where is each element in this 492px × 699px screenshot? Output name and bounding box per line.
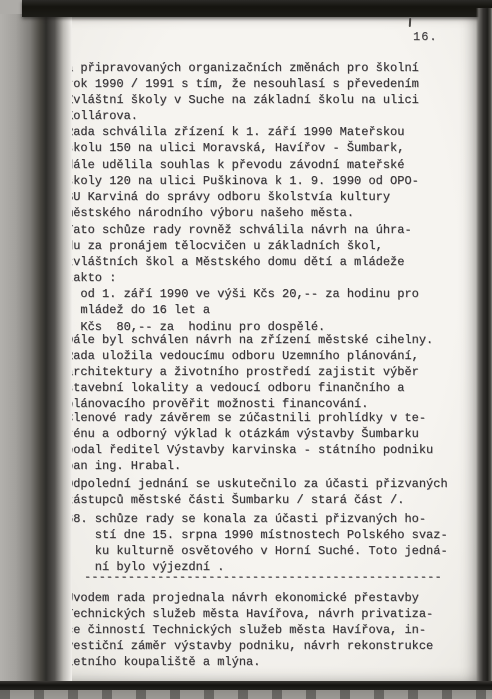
paragraph: Dále byl schválen návrh na zřízení městs… (66, 332, 468, 412)
paragraph: Členové rady závěrem se zúčastnili prohl… (66, 410, 468, 474)
text-line: ce činností Technických služeb města Hav… (66, 622, 468, 638)
text-line: Kollárova. (66, 108, 468, 124)
scanned-book-photo: 16. a připravovaných organizačních změná… (0, 0, 492, 699)
text-line: du za pronájem tělocvičen u základních š… (66, 238, 468, 254)
text-line: zástupců městské části Šumbarku / stará … (66, 492, 468, 508)
text-line: dále udělila souhlas k převodu závodní m… (66, 157, 468, 173)
book-cover-bottom-edge (0, 681, 492, 690)
document-page: 16. a připravovaných organizačních změná… (40, 14, 478, 683)
text-line: stavební lokality a vedoucí odboru finan… (66, 380, 468, 396)
text-line: stí dne 15. srpna 1990 místnostech Polsk… (66, 527, 468, 543)
text-line: pan ing. Hrabal. (66, 458, 468, 474)
text-line: Odpolední jednání se uskutečnilo za účas… (66, 476, 468, 492)
book-gutter-shadow (0, 14, 72, 683)
scanner-background-strip (0, 690, 492, 699)
stray-pen-mark (409, 18, 411, 27)
text-line: rok 1990 / 1991 s tím, že nesouhlasí s p… (66, 76, 468, 92)
text-line: zvláštních škol a Městského domu dětí a … (66, 254, 468, 270)
text-line: školu 150 na ulici Moravská, Havířov - Š… (66, 140, 468, 156)
text-line: Dále byl schválen návrh na zřízení městs… (66, 332, 468, 348)
text-line: ku kulturně osvětového v Horní Suché. To… (66, 543, 468, 559)
text-line: podal ředitel Výstavby karvinska - státn… (66, 442, 468, 458)
text-line: rénu a odborný výklad k otázkám výstavby… (66, 426, 468, 442)
book-cover-top-edge (22, 0, 492, 17)
page-stack-right-edge (476, 8, 492, 684)
text-line: - od 1. září 1990 ve výši Kčs 20,-- za h… (66, 286, 468, 302)
paragraph: Odpolední jednání se uskutečnilo za účas… (66, 476, 468, 508)
text-line: Uvodem rada projednala návrh ekonomické … (66, 590, 468, 606)
text-line: Zvláštní školy v Suche na základní školu… (66, 92, 468, 108)
text-line: městského národního výboru našeho města. (66, 205, 468, 221)
text-line: mládež do 16 let a (66, 302, 468, 318)
text-line: Členové rady závěrem se zúčastnili prohl… (66, 410, 468, 426)
text-line: 68. schůze rady se konala za účasti přiz… (66, 511, 468, 527)
text-line: Tato schůze rady rovněž schválila návrh … (66, 222, 468, 238)
separator-line: ----------------------------------------… (84, 570, 442, 584)
text-line: takto : (66, 270, 468, 286)
text-line: a připravovaných organizačních změnách p… (66, 60, 468, 76)
text-line: architektury a životního prostředí zajis… (66, 364, 468, 380)
text-line: SU Karviná do správy odboru školstvía ku… (66, 189, 468, 205)
text-line: školy 120 na ulici Puškinova k 1. 9. 199… (66, 173, 468, 189)
paragraph: 68. schůze rady se konala za účasti přiz… (66, 511, 468, 575)
text-line: Technických služeb města Havířova, návrh… (66, 606, 468, 622)
text-line: Rada schválila zřízení k 1. září 1990 Ma… (66, 124, 468, 140)
paragraph: Tato schůze rady rovněž schválila návrh … (66, 222, 468, 335)
text-line: Rada uložila vedoucímu odboru Uzemního p… (66, 348, 468, 364)
page-number: 16. (413, 30, 438, 44)
paragraph: a připravovaných organizačních změnách p… (66, 60, 468, 221)
text-line: vestiční záměr výstavby podniku, návrh r… (66, 638, 468, 654)
text-line: letního koupaliště a mlýna. (66, 654, 468, 670)
paragraph: Uvodem rada projednala návrh ekonomické … (66, 590, 468, 670)
